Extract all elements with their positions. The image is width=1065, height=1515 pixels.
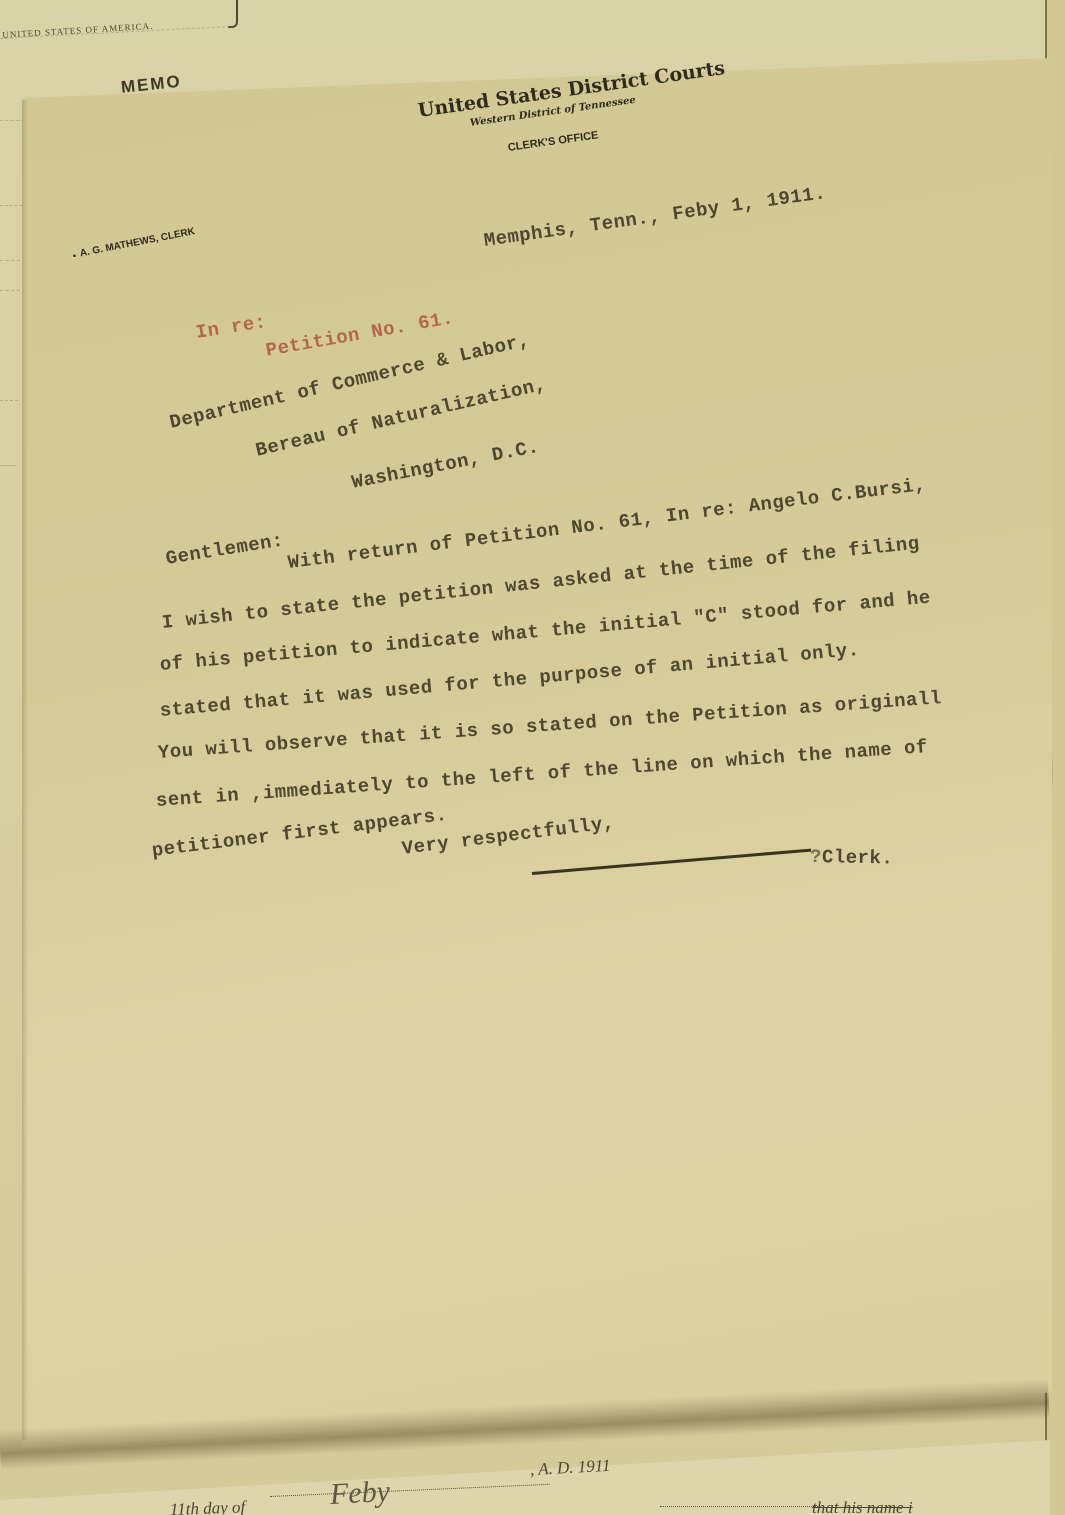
ledger-rule xyxy=(0,400,18,401)
form-struck-text: that his name i xyxy=(812,1498,913,1515)
ledger-rule xyxy=(0,260,20,261)
ledger-rule xyxy=(0,465,16,466)
signature-title: ?Clerk. xyxy=(810,846,894,869)
ledger-header: UNITED STATES OF AMERICA. xyxy=(2,21,154,40)
form-year: , A. D. 1911 xyxy=(529,1456,611,1480)
bracket-mark xyxy=(228,0,238,28)
ledger-rule xyxy=(0,290,20,291)
form-month-handwritten: Feby xyxy=(329,1475,391,1512)
sheet-shadow xyxy=(22,100,28,1440)
form-day-fragment: 11th day of xyxy=(170,1497,246,1515)
ledger-rule xyxy=(0,205,22,206)
form-dotted-line xyxy=(660,1506,820,1507)
ledger-rule xyxy=(0,120,24,121)
